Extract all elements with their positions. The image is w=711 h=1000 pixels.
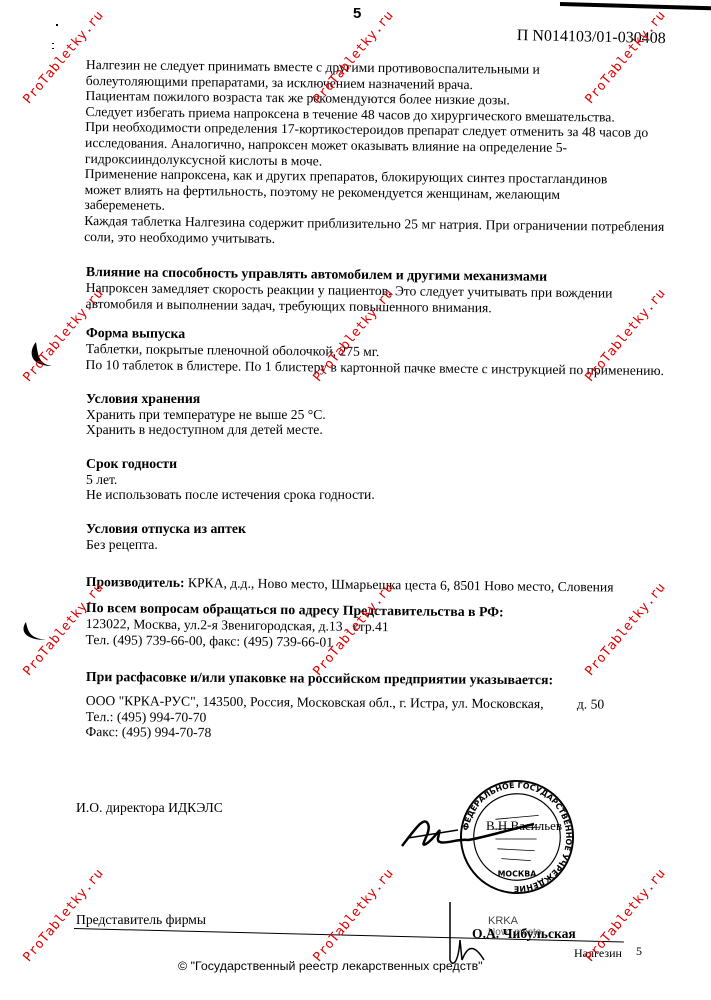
footer-page-number: 5 [636, 944, 642, 959]
manufacturer-label: Производитель: [86, 574, 185, 590]
section-text: 5 лет. [86, 472, 666, 488]
section-text: Факс: (495) 994-70-78 [86, 724, 666, 744]
packaging-house: д. 50 [577, 697, 604, 713]
director-signature-icon [398, 808, 538, 858]
section-title: Условия хранения [86, 391, 666, 407]
section-text: Не использовать после истечения срока го… [86, 487, 666, 503]
manufacturer-value: КРКА, д.д., Ново место, Шмарьешка цеста … [188, 576, 614, 595]
watermark: ProTabletky.ru [311, 866, 397, 965]
document-body: Налгезин не следует принимать вместе с д… [86, 57, 666, 740]
section-storage: Условия хранения Хранить при температуре… [86, 391, 666, 438]
section-driving: Влияние на способность управлять автомоб… [86, 264, 666, 317]
scan-dot [56, 24, 58, 26]
section-title: Условия отпуска из аптек [86, 521, 666, 537]
section-form: Форма выпуска Таблетки, покрытые пленочн… [86, 325, 666, 378]
director-label: И.О. директора ИДКЭЛС [76, 800, 223, 816]
section-shelf-life: Срок годности 5 лет. Не использовать пос… [86, 456, 666, 503]
section-text: Без рецепта. [86, 537, 666, 553]
intro-block: Налгезин не следует принимать вместе с д… [84, 57, 666, 250]
section-dispensing: Условия отпуска из аптек Без рецепта. [86, 521, 666, 553]
scan-edge-bar [560, 2, 711, 10]
intro-paragraph: При необходимости определения 17-кортико… [85, 119, 660, 172]
punch-mark-icon [28, 340, 54, 370]
punch-mark-icon [20, 620, 48, 644]
representative-label: Представитель фирмы [76, 912, 206, 928]
section-text: Хранить в недоступном для детей месте. [86, 422, 666, 438]
section-manufacturer: Производитель: КРКА, д.д., Ново место, Ш… [86, 574, 666, 596]
intro-paragraph: Каждая таблетка Налгезина содержит прибл… [84, 213, 664, 250]
section-title: При расфасовке и/или упаковке на российс… [86, 669, 666, 689]
scan-dot [52, 43, 54, 49]
section-representative: По всем вопросам обращаться по адресу Пр… [86, 600, 666, 653]
footer-drug-name: Налгезин [574, 946, 622, 961]
intro-paragraph: Применение напроксена, как и других преп… [84, 166, 619, 218]
page-number: 5 [353, 5, 361, 22]
section-text: Хранить при температуре не выше 25 °С. [86, 407, 666, 423]
registration-number: П N014103/01-030408 [517, 27, 666, 48]
section-packaging: При расфасовке и/или упаковке на российс… [86, 669, 666, 744]
copyright-notice: © "Государственный реестр лекарственных … [178, 959, 483, 973]
section-text: Напроксен замедляет скорость реакции у п… [86, 280, 661, 317]
svg-text:МОСКВА: МОСКВА [498, 869, 538, 878]
section-title: Срок годности [86, 456, 666, 472]
